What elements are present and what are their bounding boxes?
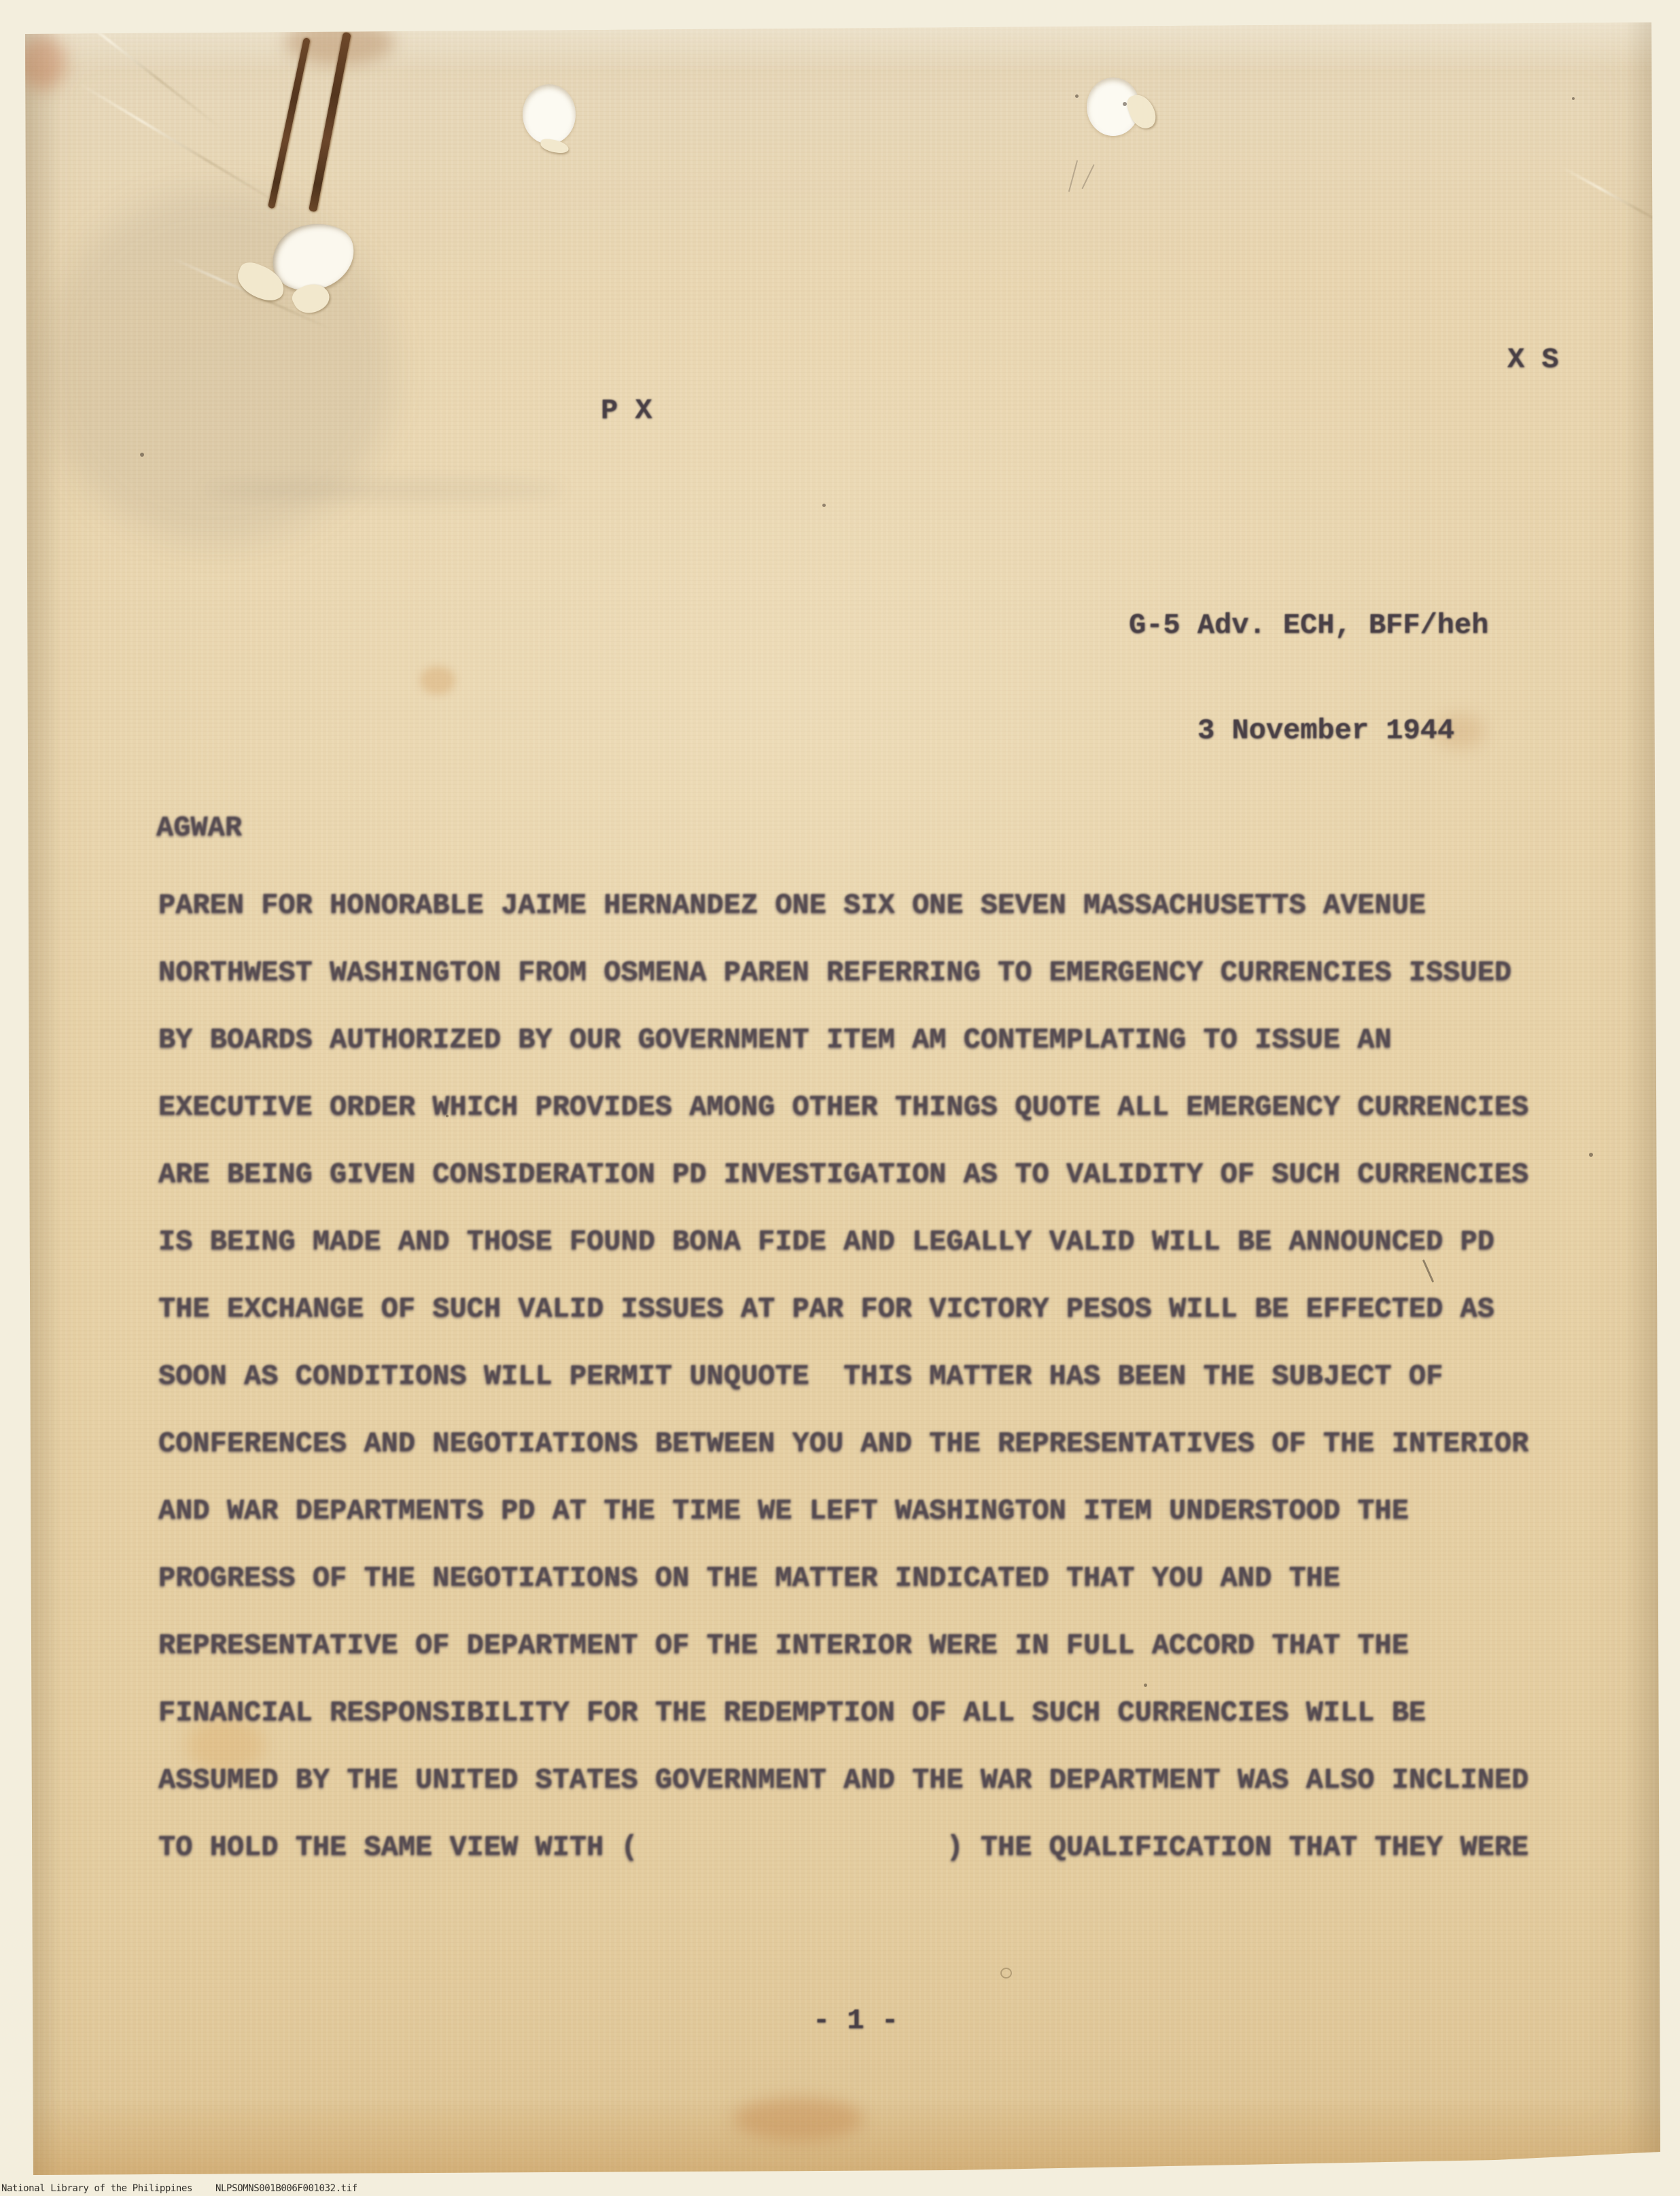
message-line-8: SOON AS CONDITIONS WILL PERMIT UNQUOTE T… (158, 1362, 1443, 1391)
paper-top-highlight (25, 22, 1656, 70)
punch-hole-left (523, 84, 576, 144)
pencil-scratch (1068, 160, 1078, 192)
message-line-10: AND WAR DEPARTMENTS PD AT THE TIME WE LE… (158, 1497, 1409, 1525)
message-line-11: PROGRESS OF THE NEGOTIATIONS ON THE MATT… (158, 1564, 1340, 1592)
paper-right-shadow (1624, 20, 1662, 2155)
fiber-speck (1422, 1259, 1434, 1283)
speck (1123, 102, 1127, 106)
punch-hole-flap (540, 138, 570, 154)
bleed-through-smudge (204, 479, 564, 500)
stain (734, 2097, 863, 2141)
date-line: 3 November 1944 (1197, 716, 1454, 745)
message-line-12: REPRESENTATIVE OF DEPARTMENT OF THE INTE… (158, 1631, 1409, 1660)
document-scan: P X X S G-5 Adv. ECH, BFF/heh 3 November… (0, 0, 1680, 2196)
speck (1075, 94, 1079, 98)
message-line-9: CONFERENCES AND NEGOTIATIONS BETWEEN YOU… (158, 1429, 1528, 1458)
speck (822, 504, 826, 507)
routing-mark-px: P X (601, 396, 652, 425)
office-reference-line: G-5 Adv. ECH, BFF/heh (1129, 611, 1488, 640)
speck (1572, 97, 1575, 100)
page-number: - 1 - (813, 2006, 898, 2035)
stain (420, 666, 455, 695)
speck (1589, 1153, 1593, 1157)
speck (140, 453, 144, 457)
ink-ring-speck (1000, 1968, 1012, 1979)
stain (19, 35, 67, 90)
speck (1144, 1684, 1147, 1687)
crease-mark (1561, 166, 1680, 237)
message-line-5: ARE BEING GIVEN CONSIDERATION PD INVESTI… (158, 1160, 1528, 1189)
addressee-line: AGWAR (156, 814, 242, 842)
pencil-scratch (1081, 164, 1094, 190)
message-line-15: TO HOLD THE SAME VIEW WITH ( ) THE QUALI… (158, 1833, 1528, 1862)
library-name-label: National Library of the Philippines (1, 2183, 192, 2195)
message-line-3: BY BOARDS AUTHORIZED BY OUR GOVERNMENT I… (158, 1026, 1392, 1054)
scan-filename-label: NLPSOMNS001B006F001032.tif (215, 2183, 357, 2195)
routing-mark-xs: X S (1507, 345, 1559, 374)
message-line-1: PAREN FOR HONORABLE JAIME HERNANDEZ ONE … (158, 891, 1426, 920)
message-line-7: THE EXCHANGE OF SUCH VALID ISSUES AT PAR… (158, 1295, 1494, 1323)
message-line-6: IS BEING MADE AND THOSE FOUND BONA FIDE … (158, 1227, 1494, 1256)
message-line-14: ASSUMED BY THE UNITED STATES GOVERNMENT … (158, 1766, 1528, 1794)
message-line-4: EXECUTIVE ORDER WHICH PROVIDES AMONG OTH… (158, 1093, 1528, 1121)
message-line-13: FINANCIAL RESPONSIBILITY FOR THE REDEMPT… (158, 1698, 1426, 1727)
message-line-2: NORTHWEST WASHINGTON FROM OSMENA PAREN R… (158, 958, 1511, 987)
